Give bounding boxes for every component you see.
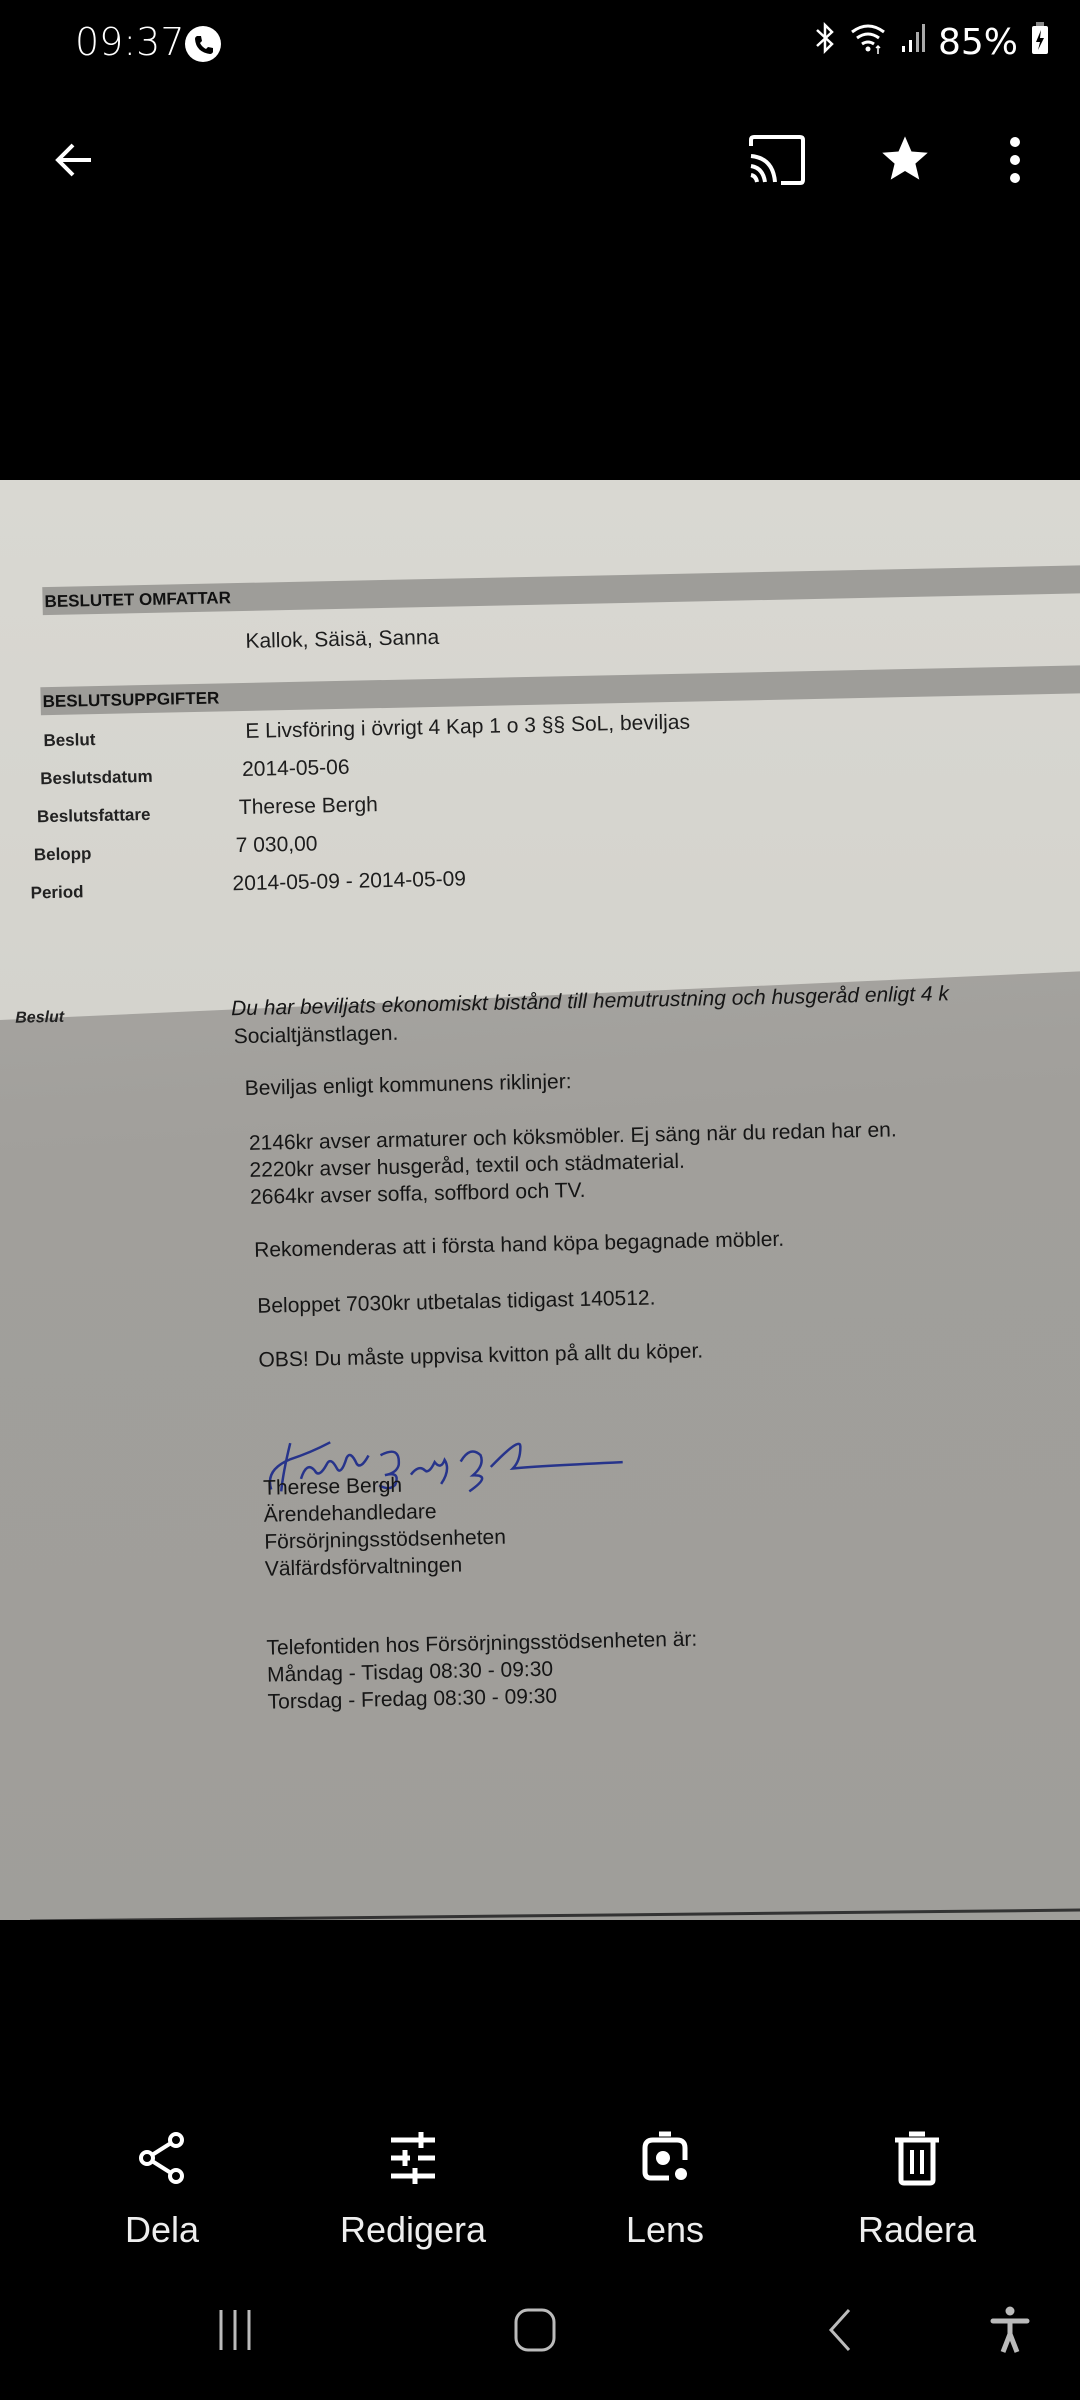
field-value: Therese Bergh (239, 793, 378, 820)
lens-button[interactable]: Lens (555, 2130, 775, 2251)
lens-label: Lens (555, 2209, 775, 2251)
signer-unit: Försörjningsstödsenheten (264, 1524, 506, 1556)
photo-actions-bar: Dela Redigera Lens Radera (0, 2130, 1080, 2270)
call-active-icon (185, 26, 221, 62)
home-icon (513, 2307, 557, 2353)
system-nav-bar (0, 2290, 1080, 2380)
more-options-button[interactable] (990, 130, 1040, 190)
trash-icon (891, 2130, 943, 2186)
delete-label: Radera (807, 2209, 1027, 2251)
home-button[interactable] (500, 2300, 570, 2360)
section-header: BESLUTET OMFATTAR (44, 588, 231, 612)
beneficiary-names: Kallok, Säisä, Sanna (245, 626, 439, 654)
field-value: 2014-05-09 - 2014-05-09 (232, 867, 466, 896)
battery-charging-icon (1030, 20, 1050, 65)
decision-text: Du har beviljats ekonomiskt bistånd till… (231, 980, 949, 1022)
share-button[interactable]: Dela (52, 2130, 272, 2251)
back-icon (825, 2307, 855, 2353)
lens-icon (639, 2130, 691, 2186)
favorite-button[interactable] (875, 128, 935, 188)
signer-name: Therese Bergh (263, 1472, 402, 1502)
accessibility-button[interactable] (975, 2300, 1045, 2360)
edit-button[interactable]: Redigera (303, 2130, 523, 2251)
status-bar: 09:37 85% (0, 0, 1080, 90)
recent-apps-icon (215, 2308, 255, 2352)
battery-level: 85% (938, 22, 1018, 63)
field-label: Beslut (15, 1009, 64, 1028)
cast-icon (747, 134, 807, 186)
share-icon (136, 2130, 188, 2186)
back-button[interactable] (45, 130, 105, 190)
payment-text: Beloppet 7030kr utbetalas tidigast 14051… (257, 1284, 656, 1319)
bluetooth-icon (814, 20, 836, 65)
field-label: Beslut (43, 730, 95, 751)
delete-button[interactable]: Radera (807, 2130, 1027, 2251)
field-label: Beslutsdatum (40, 767, 153, 789)
guidelines-intro: Beviljas enligt kommunens riklinjer: (245, 1068, 572, 1102)
system-back-button[interactable] (805, 2300, 875, 2360)
arrow-left-icon (51, 136, 99, 184)
signer-department: Välfärdsförvaltningen (265, 1552, 463, 1583)
photo-viewer[interactable]: BESLUTET OMFATTAR Kallok, Säisä, Sanna B… (0, 480, 1080, 1920)
signer-title: Ärendehandledare (263, 1498, 436, 1529)
note-text: OBS! Du måste uppvisa kvitton på allt du… (258, 1337, 703, 1373)
edit-label: Redigera (303, 2209, 523, 2251)
accessibility-icon (990, 2306, 1030, 2354)
field-label: Belopp (34, 844, 92, 865)
more-vert-icon (1007, 134, 1023, 186)
field-label: Period (30, 882, 83, 903)
document-photo: BESLUTET OMFATTAR Kallok, Säisä, Sanna B… (0, 480, 1080, 1920)
decision-text-cont: Socialtjänstlagen. (233, 1020, 398, 1050)
star-icon (879, 132, 931, 184)
field-value: E Livsföring i övrigt 4 Kap 1 o 3 §§ SoL… (245, 711, 690, 744)
phone-hours-line: Torsdag - Fredag 08:30 - 09:30 (267, 1683, 557, 1716)
field-value: 2014-05-06 (242, 756, 350, 782)
section-header: BESLUTSUPPGIFTER (42, 688, 219, 712)
field-value: 7 030,00 (235, 832, 317, 858)
wifi-icon (848, 20, 888, 65)
item-line: 2664kr avser soffa, soffbord och TV. (250, 1177, 586, 1211)
field-label: Beslutsfattare (37, 805, 151, 827)
share-label: Dela (52, 2209, 272, 2251)
top-app-bar (0, 120, 1080, 200)
status-time: 09:37 (75, 20, 185, 64)
signal-icon (900, 20, 926, 65)
recent-apps-button[interactable] (200, 2300, 270, 2360)
tune-icon (387, 2130, 439, 2186)
cast-button[interactable] (745, 130, 809, 190)
recommendation-text: Rekomenderas att i första hand köpa bega… (254, 1226, 784, 1264)
